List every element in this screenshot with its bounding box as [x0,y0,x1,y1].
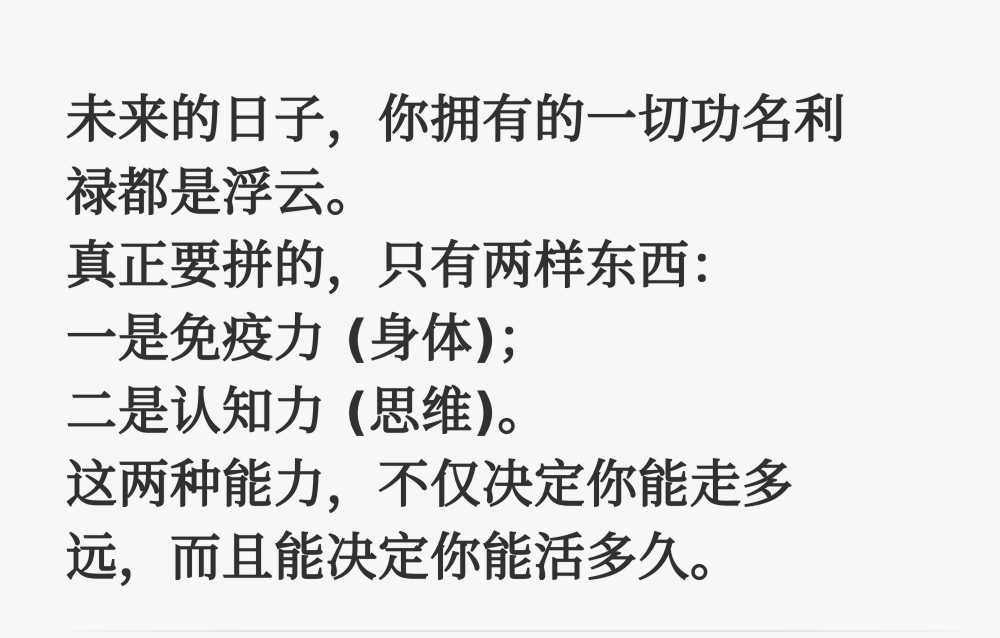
quote-line-6: 这两种能力，不仅决定你能走多 [66,449,846,522]
quote-line-3: 真正要拼的，只有两样东西： [66,230,846,303]
bottom-divider [70,630,960,632]
quote-line-1: 未来的日子，你拥有的一切功名利 [66,84,846,157]
quote-line-7: 远，而且能决定你能活多久。 [66,522,846,595]
quote-line-2: 禄都是浮云。 [66,157,846,230]
quote-text-block: 未来的日子，你拥有的一切功名利 禄都是浮云。 真正要拼的，只有两样东西： 一是免… [66,84,846,595]
quote-line-4: 一是免疫力 (身体)； [66,303,846,376]
quote-image: 未来的日子，你拥有的一切功名利 禄都是浮云。 真正要拼的，只有两样东西： 一是免… [0,0,1000,638]
quote-line-5: 二是认知力 (思维)。 [66,376,846,449]
